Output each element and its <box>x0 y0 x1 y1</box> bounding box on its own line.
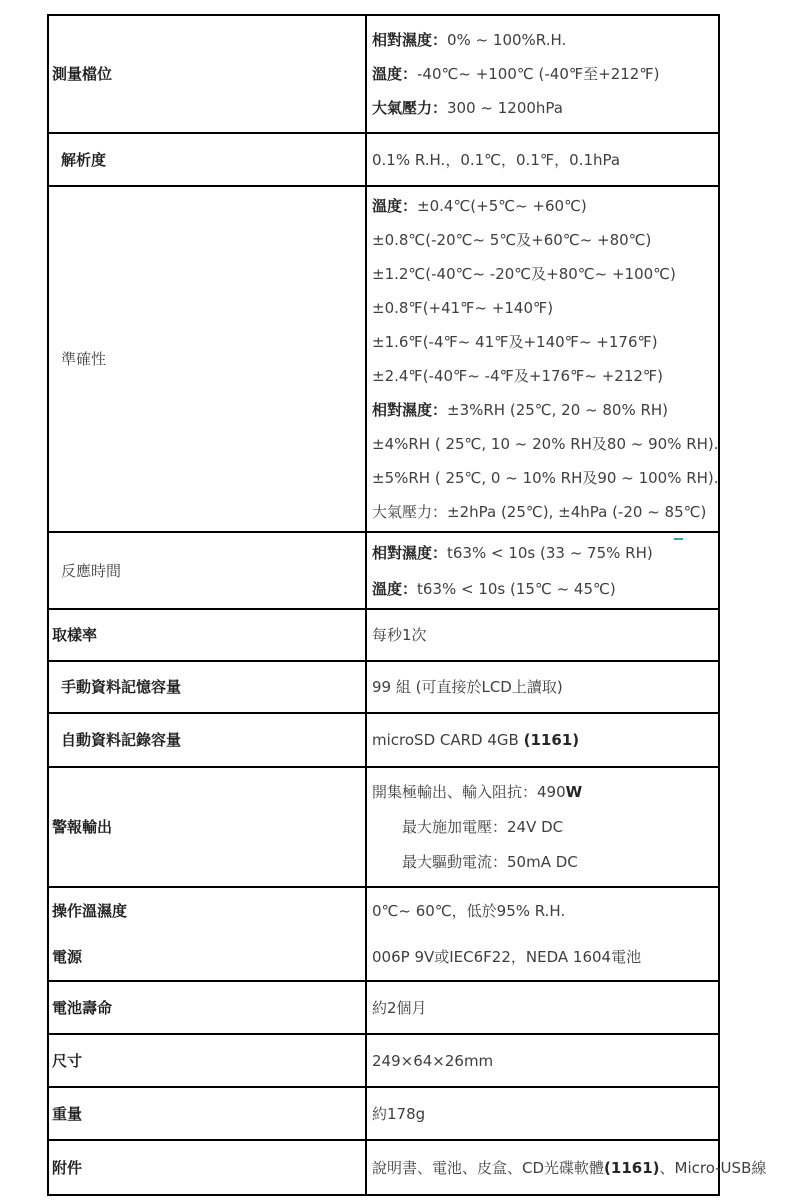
spec-label-cell: 取樣率 <box>49 610 367 660</box>
spec-label: 重量 <box>52 1097 365 1131</box>
spec-label: 測量檔位 <box>52 57 365 91</box>
spec-value-line: 約2個月 <box>372 991 718 1025</box>
spec-value-bold-segment: 相對濕度： <box>372 401 447 419</box>
spec-value-segment: -40℃~ +100℃ (-40℉至+212℉) <box>417 65 659 83</box>
spec-label-cell: 尺寸 <box>49 1035 367 1086</box>
spec-value-segment: 約2個月 <box>372 999 427 1017</box>
spec-row: 操作溫濕度電源0℃~ 60℃，低於95% R.H.006P 9V或IEC6F22… <box>49 888 718 982</box>
spec-value-segment: 開集極輸出、輸入阻抗：490 <box>372 783 566 801</box>
spec-label: 附件 <box>52 1151 365 1185</box>
spec-value-cell: 說明書、電池、皮盒、CD光碟軟體(1161)、Micro-USB線 <box>367 1141 718 1194</box>
spec-value-segment: ±0.4℃(+5℃~ +60℃) <box>417 197 587 215</box>
spec-value-cell: microSD CARD 4GB (1161) <box>367 714 718 766</box>
spec-label-cell: 重量 <box>49 1088 367 1139</box>
spec-row: 解析度0.1% R.H.，0.1℃，0.1℉，0.1hPa <box>49 134 718 187</box>
spec-value-line: ±5%RH ( 25℃, 0 ~ 10% RH及90 ~ 100% RH). <box>372 461 718 495</box>
spec-value-line: 開集極輸出、輸入阻抗：490W <box>372 775 718 810</box>
spec-value-cell: 溫度：±0.4℃(+5℃~ +60℃)±0.8℃(-20℃~ 5℃及+60℃~ … <box>367 187 718 531</box>
spec-value-bold-segment: (1161) <box>604 1159 659 1177</box>
spec-value-cell: 相對濕度：0% ~ 100%R.H.溫度：-40℃~ +100℃ (-40℉至+… <box>367 16 718 132</box>
spec-value-line: 大氣壓力：±2hPa (25℃), ±4hPa (-20 ~ 85℃) <box>372 495 718 529</box>
spec-label: 解析度 <box>61 143 365 177</box>
spec-label: 反應時間 <box>61 554 365 588</box>
spec-value-line: 每秒1次 <box>372 618 718 652</box>
spec-row: 反應時間相對濕度：t63% < 10s (33 ~ 75% RH)溫度：t63%… <box>49 533 718 610</box>
spec-value-line: ±4%RH ( 25℃, 10 ~ 20% RH及80 ~ 90% RH). <box>372 427 718 461</box>
spec-value-segment: 每秒1次 <box>372 626 427 644</box>
spec-value-line: 相對濕度：0% ~ 100%R.H. <box>372 23 718 57</box>
spec-value-segment: ±0.8℃(-20℃~ 5℃及+60℃~ +80℃) <box>372 231 651 249</box>
spec-value-cell: 249×64×26mm <box>367 1035 718 1086</box>
spec-row: 警報輸出開集極輸出、輸入阻抗：490W最大施加電壓：24V DC最大驅動電流：5… <box>49 768 718 888</box>
spec-value-segment: ±1.6℉(-4℉~ 41℉及+140℉~ +176℉) <box>372 333 658 351</box>
spec-row: 尺寸249×64×26mm <box>49 1035 718 1088</box>
spec-row: 附件說明書、電池、皮盒、CD光碟軟體(1161)、Micro-USB線 <box>49 1141 718 1194</box>
spec-label-cell: 自動資料記錄容量 <box>49 714 367 766</box>
spec-label-cell: 反應時間 <box>49 533 367 608</box>
spec-label-cell: 操作溫濕度電源 <box>49 888 367 980</box>
spec-value-bold-segment: 大氣壓力： <box>372 99 447 117</box>
spec-value-cell: 0.1% R.H.，0.1℃，0.1℉，0.1hPa <box>367 134 718 185</box>
spec-row: 電池壽命約2個月 <box>49 982 718 1035</box>
spec-value-segment: 說明書、電池、皮盒、CD光碟軟體 <box>372 1159 604 1177</box>
spec-value-segment: ±5%RH ( 25℃, 0 ~ 10% RH及90 ~ 100% RH). <box>372 469 719 487</box>
spec-value-segment: 最大驅動電流：50mA DC <box>402 853 578 871</box>
spec-value-cell: 每秒1次 <box>367 610 718 660</box>
spec-value-line: 最大施加電壓：24V DC <box>372 810 718 845</box>
spec-value-line: ±0.8℃(-20℃~ 5℃及+60℃~ +80℃) <box>372 223 718 257</box>
teal-dash-artifact <box>674 538 683 540</box>
spec-value-cell: 約178g <box>367 1088 718 1139</box>
spec-value-line: 大氣壓力：300 ~ 1200hPa <box>372 91 718 125</box>
spec-value-cell: 約2個月 <box>367 982 718 1033</box>
spec-value-segment: t63% < 10s (33 ~ 75% RH) <box>447 544 653 562</box>
spec-label-cell: 電池壽命 <box>49 982 367 1033</box>
spec-value-line: ±1.6℉(-4℉~ 41℉及+140℉~ +176℉) <box>372 325 718 359</box>
spec-label: 電池壽命 <box>52 991 365 1025</box>
spec-value-segment: 300 ~ 1200hPa <box>447 99 563 117</box>
spec-label: 尺寸 <box>52 1044 365 1078</box>
spec-value-line: ±0.8℉(+41℉~ +140℉) <box>372 291 718 325</box>
spec-value-bold-segment: 溫度： <box>372 65 417 83</box>
spec-label: 電源 <box>52 934 365 980</box>
spec-value-segment: t63% < 10s (15℃ ~ 45℃) <box>417 580 616 598</box>
spec-value-segment: 大氣壓力：±2hPa (25℃), ±4hPa (-20 ~ 85℃) <box>372 503 706 521</box>
spec-value-bold-segment: W <box>566 783 583 801</box>
spec-label-cell: 解析度 <box>49 134 367 185</box>
spec-row: 重量約178g <box>49 1088 718 1141</box>
spec-value-line: 溫度：t63% < 10s (15℃ ~ 45℃) <box>372 571 718 607</box>
spec-value-cell: 99 組 (可直接於LCD上讀取) <box>367 662 718 712</box>
spec-value-segment: 約178g <box>372 1105 425 1123</box>
spec-value-line: ±2.4℉(-40℉~ -4℉及+176℉~ +212℉) <box>372 359 718 393</box>
spec-table: 測量檔位相對濕度：0% ~ 100%R.H.溫度：-40℃~ +100℃ (-4… <box>47 14 720 1196</box>
spec-value-bold-segment: 溫度： <box>372 197 417 215</box>
spec-row: 取樣率每秒1次 <box>49 610 718 662</box>
spec-row: 手動資料記憶容量99 組 (可直接於LCD上讀取) <box>49 662 718 714</box>
spec-value-line: 006P 9V或IEC6F22，NEDA 1604電池 <box>372 934 718 980</box>
spec-value-line: 最大驅動電流：50mA DC <box>372 845 718 880</box>
spec-value-bold-segment: 相對濕度： <box>372 544 447 562</box>
spec-value-line: 溫度：-40℃~ +100℃ (-40℉至+212℉) <box>372 57 718 91</box>
spec-value-bold-segment: (1161) <box>524 731 579 749</box>
spec-value-segment: ±2.4℉(-40℉~ -4℉及+176℉~ +212℉) <box>372 367 663 385</box>
spec-value-segment: microSD CARD 4GB <box>372 731 524 749</box>
spec-value-cell: 相對濕度：t63% < 10s (33 ~ 75% RH)溫度：t63% < 1… <box>367 533 718 608</box>
spec-value-segment: 0% ~ 100%R.H. <box>447 31 566 49</box>
spec-value-segment: 249×64×26mm <box>372 1052 493 1070</box>
spec-value-segment: ±1.2℃(-40℃~ -20℃及+80℃~ +100℃) <box>372 265 676 283</box>
spec-value-line: 0℃~ 60℃，低於95% R.H. <box>372 888 718 934</box>
spec-value-line: 說明書、電池、皮盒、CD光碟軟體(1161)、Micro-USB線 <box>372 1151 718 1185</box>
spec-label: 操作溫濕度 <box>52 888 365 934</box>
spec-value-segment: 99 組 (可直接於LCD上讀取) <box>372 678 563 696</box>
spec-value-segment: ±0.8℉(+41℉~ +140℉) <box>372 299 553 317</box>
spec-label: 準確性 <box>61 342 365 376</box>
spec-value-segment: ±4%RH ( 25℃, 10 ~ 20% RH及80 ~ 90% RH). <box>372 435 719 453</box>
spec-value-cell: 開集極輸出、輸入阻抗：490W最大施加電壓：24V DC最大驅動電流：50mA … <box>367 768 718 886</box>
spec-label-cell: 手動資料記憶容量 <box>49 662 367 712</box>
spec-value-segment: 、Micro-USB線 <box>660 1159 767 1177</box>
spec-value-line: 約178g <box>372 1097 718 1131</box>
spec-value-segment: 0℃~ 60℃，低於95% R.H. <box>372 902 565 920</box>
spec-value-segment: ±3%RH (25℃, 20 ~ 80% RH) <box>447 401 668 419</box>
spec-value-line: 相對濕度：±3%RH (25℃, 20 ~ 80% RH) <box>372 393 718 427</box>
spec-value-segment: 最大施加電壓：24V DC <box>402 818 563 836</box>
spec-value-bold-segment: 溫度： <box>372 580 417 598</box>
spec-value-segment: 0.1% R.H.，0.1℃，0.1℉，0.1hPa <box>372 151 620 169</box>
spec-label: 取樣率 <box>52 618 365 652</box>
spec-row: 測量檔位相對濕度：0% ~ 100%R.H.溫度：-40℃~ +100℃ (-4… <box>49 16 718 134</box>
spec-label-cell: 警報輸出 <box>49 768 367 886</box>
spec-label: 自動資料記錄容量 <box>61 723 365 757</box>
spec-value-line: 99 組 (可直接於LCD上讀取) <box>372 670 718 704</box>
spec-row: 自動資料記錄容量microSD CARD 4GB (1161) <box>49 714 718 768</box>
spec-label-cell: 測量檔位 <box>49 16 367 132</box>
spec-row: 準確性溫度：±0.4℃(+5℃~ +60℃)±0.8℃(-20℃~ 5℃及+60… <box>49 187 718 533</box>
spec-value-line: microSD CARD 4GB (1161) <box>372 723 718 757</box>
spec-value-line: 0.1% R.H.，0.1℃，0.1℉，0.1hPa <box>372 143 718 177</box>
spec-value-cell: 0℃~ 60℃，低於95% R.H.006P 9V或IEC6F22，NEDA 1… <box>367 888 718 980</box>
spec-label-cell: 附件 <box>49 1141 367 1194</box>
spec-value-line: 溫度：±0.4℃(+5℃~ +60℃) <box>372 189 718 223</box>
spec-label: 手動資料記憶容量 <box>61 670 365 704</box>
spec-value-line: 249×64×26mm <box>372 1044 718 1078</box>
spec-value-segment: 006P 9V或IEC6F22，NEDA 1604電池 <box>372 948 641 966</box>
spec-value-line: 相對濕度：t63% < 10s (33 ~ 75% RH) <box>372 535 718 571</box>
spec-label: 警報輸出 <box>52 810 365 844</box>
spec-value-line: ±1.2℃(-40℃~ -20℃及+80℃~ +100℃) <box>372 257 718 291</box>
spec-label-cell: 準確性 <box>49 187 367 531</box>
spec-value-bold-segment: 相對濕度： <box>372 31 447 49</box>
